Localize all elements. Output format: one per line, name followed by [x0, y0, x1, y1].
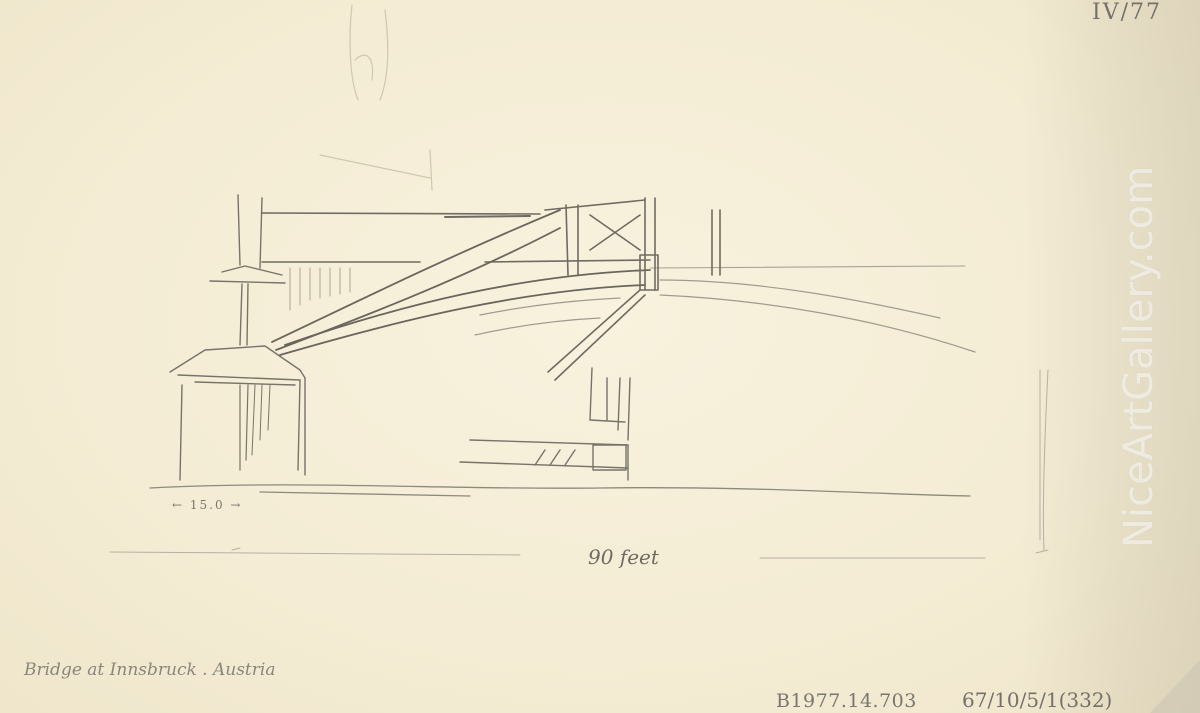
arch-diagonals — [272, 210, 650, 355]
railing-posts — [290, 268, 350, 310]
dimension-label-15: ← 15.0 → — [172, 498, 242, 512]
faint-figure-sketch — [320, 5, 432, 190]
left-pier — [170, 195, 305, 480]
dimension-label-90-feet: 90 feet — [588, 545, 659, 569]
dimension-lines — [110, 370, 1048, 558]
right-arch — [475, 280, 975, 352]
sketch-caption: Bridge at Innsbruck . Austria — [24, 660, 275, 680]
inventory-number: 67/10/5/1(332) — [962, 688, 1112, 712]
corner-smudge — [1150, 660, 1200, 713]
bridge-sketch — [0, 0, 1200, 713]
center-truss — [548, 198, 720, 380]
right-pier — [460, 368, 630, 480]
ground-line — [150, 485, 970, 496]
catalog-number-top: IV/77 — [1092, 0, 1162, 25]
accession-number: B1977.14.703 — [776, 690, 917, 712]
watermark-text: NiceArtGallery.com — [1116, 166, 1162, 548]
